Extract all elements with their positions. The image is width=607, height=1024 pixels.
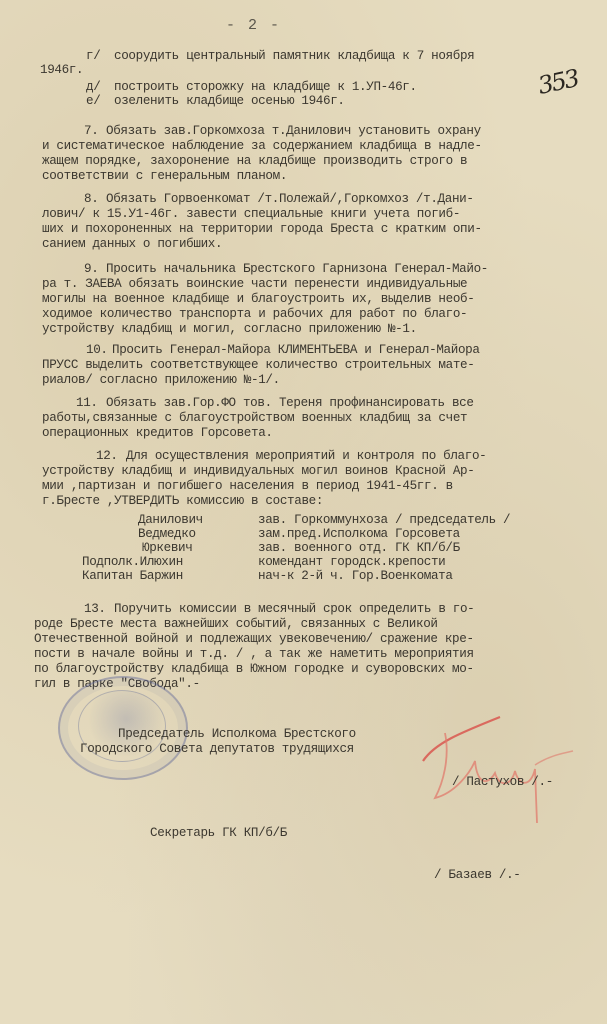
- para-9-line: ходимое количество транспорта и рабочих …: [42, 307, 467, 321]
- para-9-line: Просить начальника Брестского Гарнизона …: [106, 262, 488, 276]
- para-10-number: 10.: [86, 343, 108, 357]
- para-9-line: ра т. ЗАЕВА обязать воинские части перен…: [42, 277, 467, 291]
- para-11-line: работы,связанные с благоустройством воен…: [42, 411, 467, 425]
- commission-member-name: Данилович: [138, 513, 203, 527]
- para-10-line: Просить Генерал-Майора КЛИМЕНТЬЕВА и Ген…: [112, 343, 480, 357]
- para-7-number: 7.: [84, 124, 98, 138]
- item-g-cont: 1946г.: [40, 63, 83, 77]
- para-8-number: 8.: [84, 192, 98, 206]
- handwritten-folio-number: 353: [536, 64, 581, 100]
- para-8-line: Обязать Горвоенкомат /т.Полежай/,Горкомх…: [106, 192, 474, 206]
- commission-member-role: зав. военного отд. ГК КП/б/Б: [258, 541, 460, 555]
- para-11-line: Обязать зав.Гор.ФО тов. Тереня профинанс…: [106, 396, 474, 410]
- item-g-text: соорудить центральный памятник кладбища …: [114, 49, 474, 63]
- secretary-name: / Базаев /.-: [434, 868, 521, 882]
- para-9-line: устройству кладбищ и могил, согласно при…: [42, 322, 417, 336]
- handwritten-signature: [415, 703, 575, 823]
- para-9-line: могилы на военное кладбище и благоустрои…: [42, 292, 474, 306]
- para-13-number: 13.: [84, 602, 106, 616]
- para-9-number: 9.: [84, 262, 98, 276]
- commission-member-role: комендант городск.крепости: [258, 555, 445, 569]
- commission-member-role: зав. Горкоммунхоза / председатель /: [258, 513, 510, 527]
- para-8-line: лович/ к 15.У1-46г. завести специальные …: [42, 207, 460, 221]
- page-number: - 2 -: [226, 17, 281, 34]
- para-12-line: мии ,партизан и погибшего населения в пе…: [42, 479, 453, 493]
- commission-member-name: Юркевич: [142, 541, 192, 555]
- item-d-text: построить сторожку на кладбище к 1.УП-46…: [114, 80, 417, 94]
- secretary-title: Секретарь ГК КП/б/Б: [150, 826, 287, 840]
- item-marker-e: е/: [86, 94, 100, 108]
- para-7-line: соответствии с генеральным планом.: [42, 169, 287, 183]
- para-10-line: риалов/ согласно приложению №-1/.: [42, 373, 280, 387]
- commission-member-name: Капитан Баржин: [82, 569, 183, 583]
- item-e-text: озеленить кладбище осенью 1946г.: [114, 94, 345, 108]
- chair-title-line2: Городского Совета депутатов трудящихся: [80, 742, 354, 756]
- item-marker-d: д/: [86, 80, 100, 94]
- commission-member-name: Ведмедко: [138, 527, 196, 541]
- para-13-line: Поручить комиссии в месячный срок опреде…: [114, 602, 474, 616]
- commission-member-role: зам.пред.Исполкома Горсовета: [258, 527, 460, 541]
- para-12-line: г.Бресте ,УТВЕРДИТЬ комиссию в составе:: [42, 494, 323, 508]
- para-7-line: и систематическое наблюдение за содержан…: [42, 139, 482, 153]
- item-marker-g: г/: [86, 49, 100, 63]
- document-page: - 2 - 353 г/ соорудить центральный памят…: [0, 0, 607, 1024]
- chair-name: / Пастухов /.-: [452, 775, 553, 789]
- para-12-number: 12.: [96, 449, 118, 463]
- commission-member-name: Подполк.Илюхин: [82, 555, 183, 569]
- para-7-line: Обязать зав.Горкомхоза т.Данилович устан…: [106, 124, 481, 138]
- para-13-line: Отечественной войной и подлежащих увеков…: [34, 632, 474, 646]
- para-13-line: роде Бресте места важнейших событий, свя…: [34, 617, 438, 631]
- para-11-line: операционных кредитов Горсовета.: [42, 426, 273, 440]
- para-12-line: устройству кладбищ и индивидуальных моги…: [42, 464, 474, 478]
- para-8-line: ших и похороненных на территории города …: [42, 222, 482, 236]
- para-11-number: 11.: [76, 396, 98, 410]
- para-12-line: Для осуществления мероприятий и контроля…: [126, 449, 486, 463]
- para-8-line: санием данных о погибших.: [42, 237, 222, 251]
- para-10-line: ПРУСС выделить соответствующее количеств…: [42, 358, 474, 372]
- chair-title-line1: Председатель Исполкома Брестского: [118, 727, 356, 741]
- para-13-line: пости в начале войны и т.д. / , а так же…: [34, 647, 474, 661]
- para-13-line: по благоустройству кладбища в Южном горо…: [34, 662, 474, 676]
- para-7-line: жащем порядке, захоронение на кладбище п…: [42, 154, 467, 168]
- commission-member-role: нач-к 2-й ч. Гор.Военкомата: [258, 569, 453, 583]
